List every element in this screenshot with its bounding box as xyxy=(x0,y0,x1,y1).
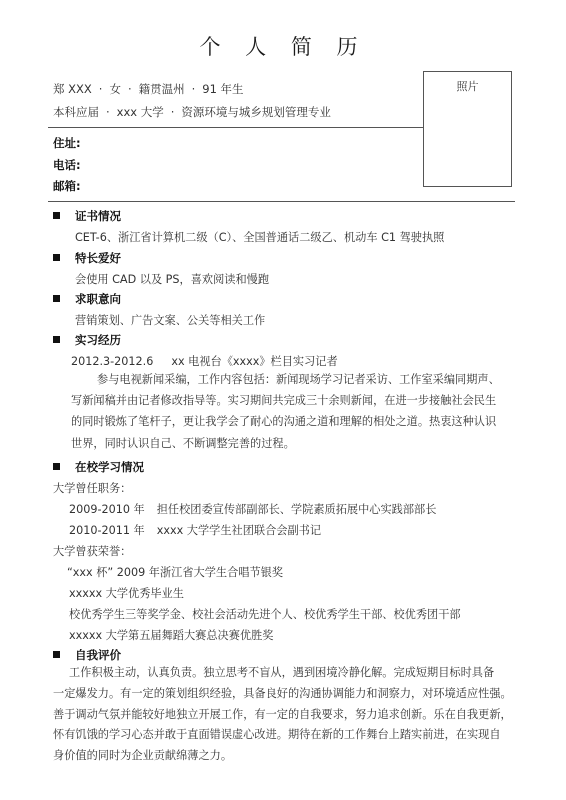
honor-item: “xxx 杯” 2009 年浙江省大学生合唱节银奖 xyxy=(67,564,283,580)
position-role: 担任校团委宣传部副部长、学院素质拓展中心实践部部长 xyxy=(157,503,437,516)
section-heading-self-evaluation: 自我评价 xyxy=(53,647,121,663)
header-divider xyxy=(48,127,423,128)
internship-position: xx 电视台《xxxx》栏目实习记者 xyxy=(171,355,337,368)
honor-item: 校优秀学生三等奖学金、校社会活动先进个人、校优秀学生干部、校优秀团干部 xyxy=(69,606,461,622)
internship-description: 参与电视新闻采编，工作内容包括：新闻现场学习记者采访、工作室采编同期声、 写新闻… xyxy=(71,369,471,454)
separator: · xyxy=(192,82,196,96)
internship-period: 2012.3-2012.6 xyxy=(71,355,153,368)
phone-label: 电话: xyxy=(53,157,81,173)
square-bullet-icon xyxy=(53,336,60,343)
birth-year: 91 年生 xyxy=(202,82,243,96)
section-heading-skills: 特长爱好 xyxy=(53,250,121,266)
square-bullet-icon xyxy=(53,295,60,302)
description-line: 的同时锻炼了笔杆子，更让我学会了耐心的沟通之道和理解的相处之道。热衷这种认识 xyxy=(71,411,471,432)
evaluation-line: 怀有饥饿的学习心态并敢于直面错误虚心改进。期待在新的工作舞台上踏实前进，在实现自 xyxy=(53,725,473,746)
section-heading-objective: 求职意向 xyxy=(53,291,121,307)
self-evaluation-content: 工作积极主动，认真负责。独立思考不盲从，遇到困境冷静化解。完成短期目标时具备 一… xyxy=(53,663,473,767)
hometown: 籍贯温州 xyxy=(139,82,185,96)
gender: 女 xyxy=(109,82,121,96)
square-bullet-icon xyxy=(53,651,60,658)
heading-text: 实习经历 xyxy=(75,333,121,347)
section-heading-internship: 实习经历 xyxy=(53,332,121,348)
position-item: 2010-2011 年xxxx 大学学生社团联合会副书记 xyxy=(69,522,321,538)
skills-content: 会使用 CAD 以及 PS，喜欢阅读和慢跑 xyxy=(75,271,269,287)
position-period: 2009-2010 年 xyxy=(69,503,145,516)
internship-entry: 2012.3-2012.6xx 电视台《xxxx》栏目实习记者 xyxy=(71,353,338,369)
description-line: 写新闻稿并由记者修改指导等。实习期间共完成三十余则新闻，在进一步接触社会民生 xyxy=(71,390,471,411)
honors-label: 大学曾获荣誉： xyxy=(53,543,131,559)
objective-content: 营销策划、广告文案、公关等相关工作 xyxy=(75,312,265,328)
description-line: 参与电视新闻采编，工作内容包括：新闻现场学习记者采访、工作室采编同期声、 xyxy=(71,369,471,390)
section-heading-certificates: 证书情况 xyxy=(53,208,121,224)
separator: · xyxy=(106,105,110,119)
section-heading-campus: 在校学习情况 xyxy=(53,459,144,475)
square-bullet-icon xyxy=(53,254,60,261)
email-label: 邮箱: xyxy=(53,178,81,194)
separator: · xyxy=(171,105,175,119)
address-label: 住址: xyxy=(53,135,81,151)
university: xxx 大学 xyxy=(117,105,164,119)
description-line: 世界，同时认识自己、不断调整完善的过程。 xyxy=(71,433,471,454)
contact-divider xyxy=(48,201,515,202)
position-period: 2010-2011 年 xyxy=(69,524,145,537)
certificates-content: CET-6、浙江省计算机二级（C）、全国普通话二级乙、机动车 C1 驾驶执照 xyxy=(75,229,444,245)
evaluation-line: 一定爆发力。有一定的策划组织经验，具备良好的沟通协调能力和洞察力，对环境适应性强… xyxy=(53,684,473,705)
honor-item: xxxxx 大学优秀毕业生 xyxy=(69,585,184,601)
education-info-line: 本科应届·xxx 大学·资源环境与城乡规划管理专业 xyxy=(53,104,331,120)
name: 郑 XXX xyxy=(53,82,92,96)
position-item: 2009-2010 年担任校团委宣传部副部长、学院素质拓展中心实践部部长 xyxy=(69,501,436,517)
heading-text: 求职意向 xyxy=(75,292,121,306)
heading-text: 特长爱好 xyxy=(75,251,121,265)
photo-placeholder: 照片 xyxy=(423,71,512,187)
heading-text: 在校学习情况 xyxy=(75,460,144,474)
evaluation-line: 身价值的同时为企业贡献绵薄之力。 xyxy=(53,746,473,767)
heading-text: 证书情况 xyxy=(75,209,121,223)
separator: · xyxy=(128,82,132,96)
positions-label: 大学曾任职务： xyxy=(53,480,131,496)
degree: 本科应届 xyxy=(53,105,99,119)
evaluation-line: 工作积极主动，认真负责。独立思考不盲从，遇到困境冷静化解。完成短期目标时具备 xyxy=(53,663,473,684)
photo-label: 照片 xyxy=(424,78,511,94)
document-title: 个 人 简 历 xyxy=(0,31,566,61)
evaluation-line: 善于调动气氛并能较好地独立开展工作，有一定的自我要求，努力追求创新。乐在自我更新… xyxy=(53,705,473,726)
heading-text: 自我评价 xyxy=(75,648,121,662)
personal-info-line: 郑 XXX·女·籍贯温州·91 年生 xyxy=(53,81,244,97)
square-bullet-icon xyxy=(53,212,60,219)
position-role: xxxx 大学学生社团联合会副书记 xyxy=(157,524,321,537)
honor-item: xxxxx 大学第五届舞蹈大赛总决赛优胜奖 xyxy=(69,627,273,643)
square-bullet-icon xyxy=(53,463,60,470)
separator: · xyxy=(99,82,103,96)
major: 资源环境与城乡规划管理专业 xyxy=(181,105,331,119)
